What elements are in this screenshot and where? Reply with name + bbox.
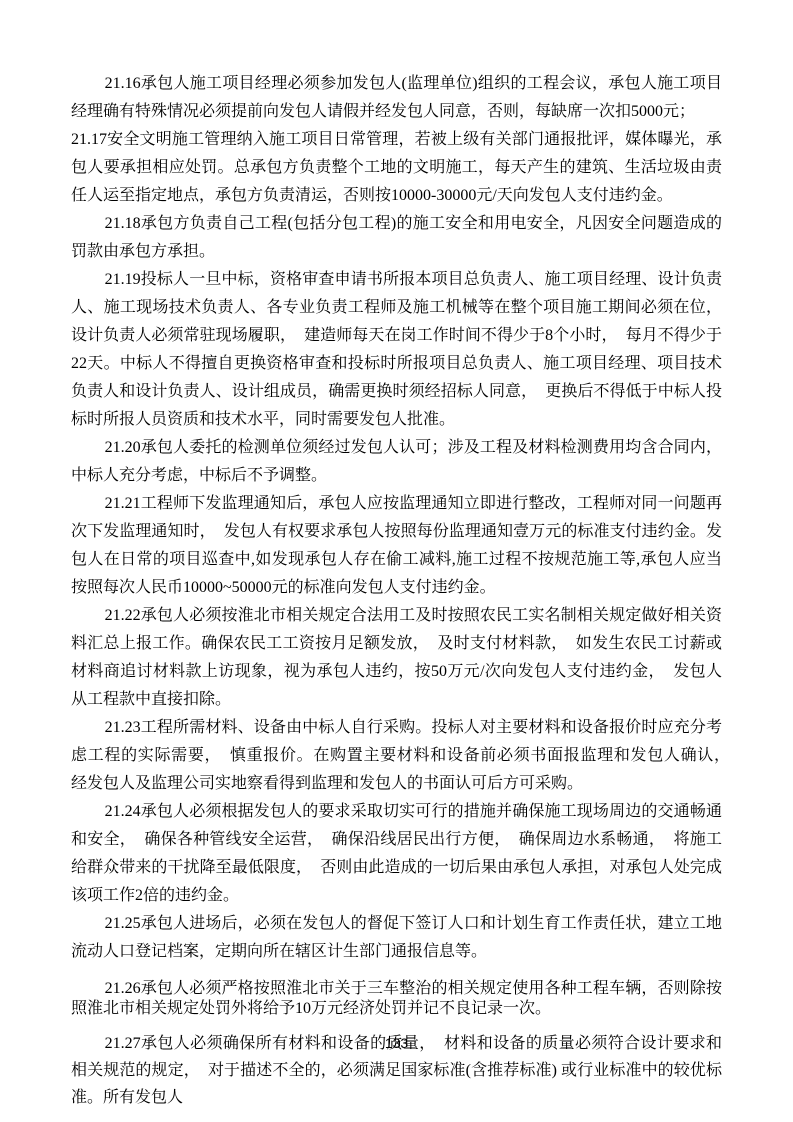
clause-21-22: 21.22承包人必须按淮北市相关规定合法用工及时按照农民工实名制相关规定做好相关… [71, 602, 722, 714]
document-body: 21.16承包人施工项目经理必须参加发包人(监理单位)组织的工程会议，承包人施工… [71, 70, 722, 1111]
clause-21-25: 21.25承包人进场后，必须在发包人的督促下签订人口和计划生育工作责任状，建立工… [71, 910, 722, 966]
clause-21-21: 21.21工程师下发监理通知后，承包人应按监理通知立即进行整改，工程师对同一问题… [71, 490, 722, 602]
clause-21-24: 21.24承包人必须根据发包人的要求采取切实可行的措施并确保施工现场周边的交通畅… [71, 798, 722, 910]
clause-21-16: 21.16承包人施工项目经理必须参加发包人(监理单位)组织的工程会议，承包人施工… [71, 70, 722, 126]
clause-21-18: 21.18承包方负责自己工程(包括分包工程)的施工安全和用电安全，凡因安全问题造… [71, 210, 722, 266]
page-number: 133 [0, 1035, 793, 1051]
clause-21-17: 21.17安全文明施工管理纳入施工项目日常管理，若被上级有关部门通报批评，媒体曝… [71, 126, 722, 210]
clause-21-23: 21.23工程所需材料、设备由中标人自行采购。投标人对主要材料和设备报价时应充分… [71, 714, 722, 798]
document-page: 21.16承包人施工项目经理必须参加发包人(监理单位)组织的工程会议，承包人施工… [0, 0, 793, 1122]
clause-21-26: 21.26承包人必须严格按照淮北市关于三车整治的相关规定使用各种工程车辆，否则除… [71, 979, 722, 1019]
clause-21-19: 21.19投标人一旦中标，资格审查申请书所报本项目总负责人、施工项目经理、设计负… [71, 266, 722, 434]
clause-21-20: 21.20承包人委托的检测单位须经过发包人认可；涉及工程及材料检测费用均含合同内… [71, 434, 722, 490]
